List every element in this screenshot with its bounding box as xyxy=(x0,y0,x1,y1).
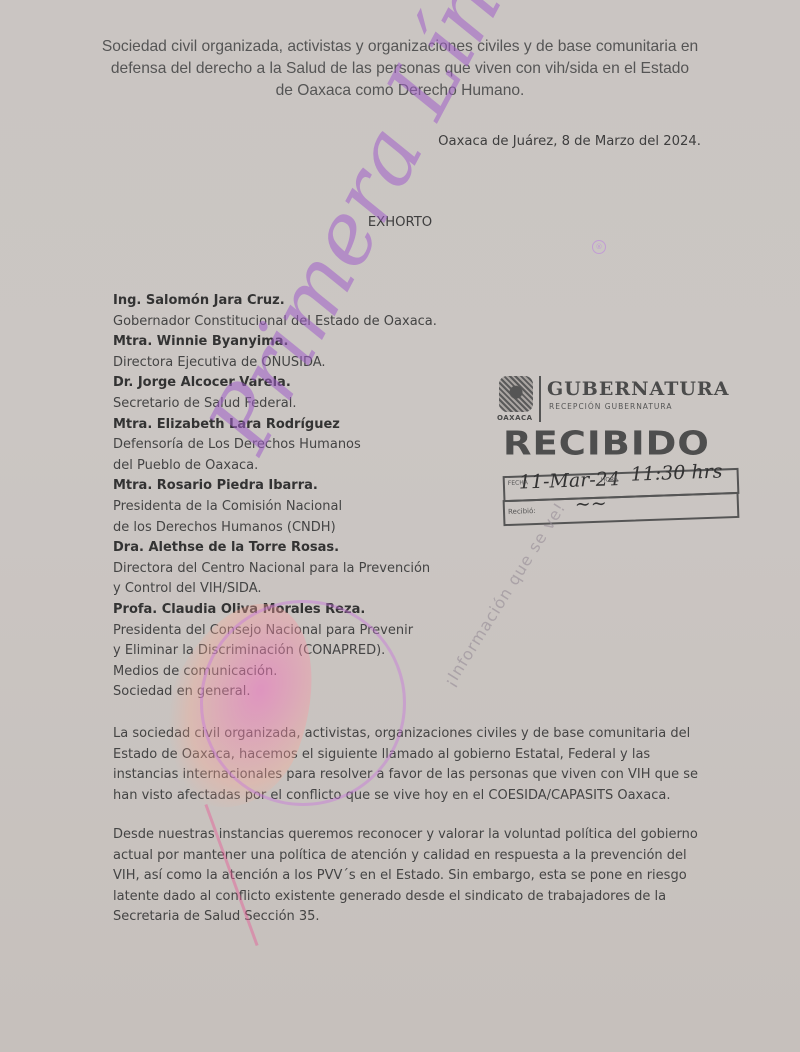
oaxaca-logo-icon xyxy=(499,376,533,412)
recipient-name: Mtra. Elizabeth Lara Rodríguez xyxy=(113,415,437,436)
document-page: Sociedad civil organizada, activistas y … xyxy=(0,0,800,1052)
recipient-role: Defensoría de Los Derechos Humanos xyxy=(113,435,437,456)
stamp-subtitle: RECEPCIÓN GUBERNATURA xyxy=(549,402,672,411)
document-header: Sociedad civil organizada, activistas y … xyxy=(100,36,700,102)
reception-stamp: OAXACA GUBERNATURA RECEPCIÓN GUBERNATURA… xyxy=(495,376,755,526)
paragraph-line: Estado de Oaxaca, hacemos el siguiente l… xyxy=(113,745,723,766)
recipient-role: Directora Ejecutiva de ONUSIDA. xyxy=(113,353,437,374)
stamp-divider xyxy=(539,376,541,422)
stamp-receiver-label: Recibió: xyxy=(508,507,536,516)
stamp-time-value: 11:30 hrs xyxy=(630,460,723,485)
general-recipient: Medios de comunicación. xyxy=(113,662,437,683)
recipient-name: Dr. Jorge Alcocer Varela. xyxy=(113,373,437,394)
header-line: de Oaxaca como Derecho Humano. xyxy=(100,80,700,102)
header-line: defensa del derecho a la Salud de las pe… xyxy=(100,58,700,80)
recipient-role: del Pueblo de Oaxaca. xyxy=(113,456,437,477)
paragraph-line: instancias internacionales para resolver… xyxy=(113,765,723,786)
paragraph-line: actual por mantener una política de aten… xyxy=(113,846,723,867)
recipient-role: Presidenta del Consejo Nacional para Pre… xyxy=(113,621,437,642)
stamp-time-label: HORA xyxy=(601,476,618,484)
recipient-role: Secretario de Salud Federal. xyxy=(113,394,437,415)
recipient-role: Directora del Centro Nacional para la Pr… xyxy=(113,559,437,580)
paragraph-line: Secretaria de Salud Sección 35. xyxy=(113,907,723,928)
registered-icon: ® xyxy=(592,240,606,254)
watermark-tagline: ¡Información que se ve! xyxy=(440,499,569,690)
recipient-name: Dra. Alethse de la Torre Rosas. xyxy=(113,538,437,559)
header-line: Sociedad civil organizada, activistas y … xyxy=(100,36,700,58)
paragraph-line: Desde nuestras instancias queremos recon… xyxy=(113,825,723,846)
recipient-list: Ing. Salomón Jara Cruz. Gobernador Const… xyxy=(113,291,437,703)
document-date: Oaxaca de Juárez, 8 de Marzo del 2024. xyxy=(438,134,701,149)
recipient-name: Mtra. Rosario Piedra Ibarra. xyxy=(113,476,437,497)
recipient-name: Profa. Claudia Oliva Morales Reza. xyxy=(113,600,437,621)
recipient-name: Ing. Salomón Jara Cruz. xyxy=(113,291,437,312)
stamp-title: GUBERNATURA xyxy=(547,378,729,400)
recipient-role: y Control del VIH/SIDA. xyxy=(113,579,437,600)
recipient-name: Mtra. Winnie Byanyima. xyxy=(113,332,437,353)
recipient-role: de los Derechos Humanos (CNDH) xyxy=(113,518,437,539)
stamp-logo-label: OAXACA xyxy=(497,414,533,422)
recipient-role: Gobernador Constitucional del Estado de … xyxy=(113,312,437,333)
paragraph-line: VIH, así como la atención a los PVV´s en… xyxy=(113,866,723,887)
paragraph-line: han visto afectadas por el conflicto que… xyxy=(113,786,723,807)
body-paragraph-2: Desde nuestras instancias queremos recon… xyxy=(113,825,723,928)
body-paragraph-1: La sociedad civil organizada, activistas… xyxy=(113,724,723,806)
paragraph-line: latente dado al conflicto existente gene… xyxy=(113,887,723,908)
stamp-signature: ~~ xyxy=(574,493,607,516)
document-title: EXHORTO xyxy=(0,215,800,230)
recipient-role: y Eliminar la Discriminación (CONAPRED). xyxy=(113,641,437,662)
paragraph-line: La sociedad civil organizada, activistas… xyxy=(113,724,723,745)
general-recipient: Sociedad en general. xyxy=(113,682,437,703)
stamp-received: RECIBIDO xyxy=(503,424,710,463)
recipient-role: Presidenta de la Comisión Nacional xyxy=(113,497,437,518)
